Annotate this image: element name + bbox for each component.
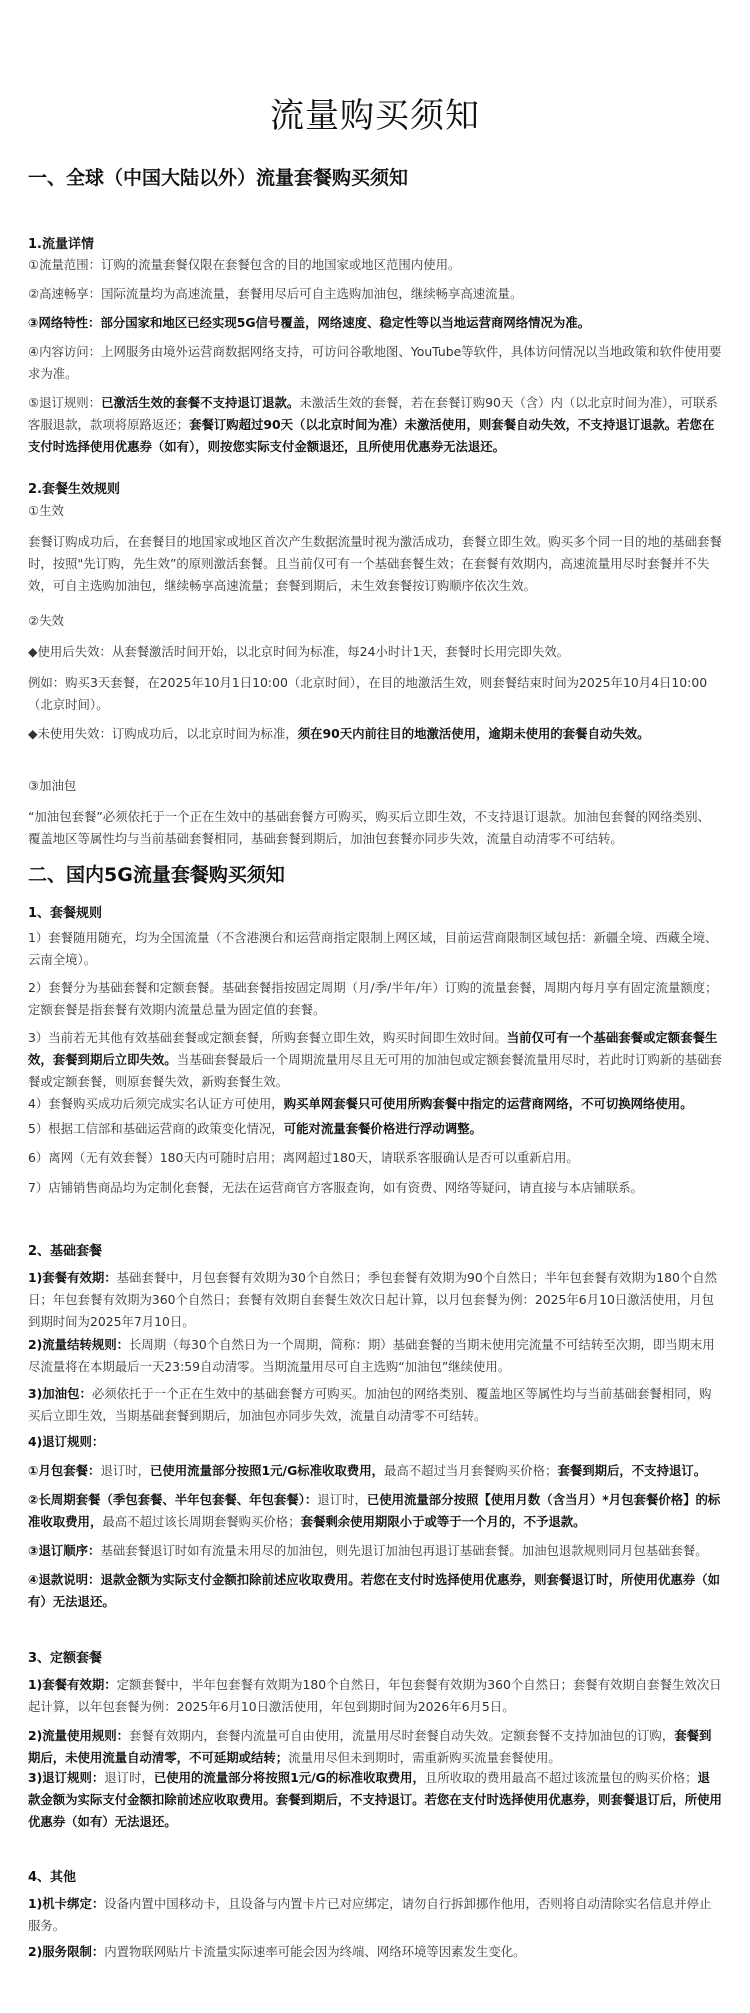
s1-item-refund: ⑤退订规则：已激活生效的套餐不支持退订退款。未激活生效的套餐，若在套餐订购90天… <box>28 392 722 458</box>
s2-rule-5: 5）根据工信部和基础运营商的政策变化情况，可能对流量套餐价格进行浮动调整。 <box>28 1118 722 1140</box>
s2-other-limit: 2)服务限制：内置物联网贴片卡流量实际速率可能会因为终端、网络环境等因素发生变化… <box>28 1941 722 1963</box>
s2-basic-refund-heading: 4)退订规则： <box>28 1431 722 1453</box>
s1-expire-used: ◆使用后失效：从套餐激活时间开始，以北京时间为标准，每24小时计1天，套餐时长用… <box>28 641 722 663</box>
section1-sub1-heading: 1.流量详情 <box>28 233 94 252</box>
s2-fixed-validity: 1)套餐有效期：定额套餐中，半年包套餐有效期为180个自然日，年包套餐有效期为3… <box>28 1674 722 1718</box>
s2-fixed-usage: 2)流量使用规则：套餐有效期内，套餐内流量可自由使用，流量用尽时套餐自动失效。定… <box>28 1725 722 1769</box>
s2-refund-explain: ④退款说明：退款金额为实际支付金额扣除前述应收取费用。若您在支付时选择使用优惠券… <box>28 1569 722 1613</box>
s1-addon-text: “加油包套餐”必须依托于一个正在生效中的基础套餐方可购买，购买后立即生效，不支持… <box>28 806 722 850</box>
s2-rule-4: 4）套餐购买成功后须完成实名认证方可使用，购买单网套餐只可使用所购套餐中指定的运… <box>28 1093 722 1115</box>
section1-sub2-heading: 2.套餐生效规则 <box>28 478 120 497</box>
s2-rule-3: 3）当前若无其他有效基础套餐或定额套餐，所购套餐立即生效，购买时间即生效时间。当… <box>28 1027 722 1093</box>
s1-addon-label: ③加油包 <box>28 775 722 797</box>
section2-heading: 二、国内5G流量套餐购买须知 <box>28 860 285 887</box>
s1-effective-text: 套餐订购成功后，在套餐目的地国家或地区首次产生数据流量时视为激活成功，套餐立即生… <box>28 531 722 597</box>
s2-refund-long: ②长周期套餐（季包套餐、半年包套餐、年包套餐）：退订时，已使用流量部分按照【使用… <box>28 1489 722 1533</box>
page-title: 流量购买须知 <box>0 88 750 137</box>
s2-fixed-refund: 3)退订规则：退订时，已使用的流量部分将按照1元/G的标准收取费用，且所收取的费… <box>28 1767 722 1833</box>
section1-heading: 一、全球（中国大陆以外）流量套餐购买须知 <box>28 163 408 190</box>
s1-expire-label: ②失效 <box>28 610 722 632</box>
s2-basic-carry: 2)流量结转规则：长周期（每30个自然日为一个周期，简称：期）基础套餐的当期未使… <box>28 1334 722 1378</box>
section2-sub3-heading: 3、定额套餐 <box>28 1647 102 1666</box>
s2-rule-7: 7）店铺销售商品均为定制化套餐，无法在运营商官方客服查询，如有资费、网络等疑问，… <box>28 1177 722 1199</box>
s2-other-bind: 1)机卡绑定：设备内置中国移动卡，且设备与内置卡片已对应绑定，请勿自行拆卸挪作他… <box>28 1893 722 1937</box>
s2-rule-2: 2）套餐分为基础套餐和定额套餐。基础套餐指按固定周期（月/季/半年/年）订购的流… <box>28 977 722 1021</box>
section2-sub1-heading: 1、套餐规则 <box>28 902 102 921</box>
s1-expire-example: 例如：购买3天套餐，在2025年10月1日10:00（北京时间），在目的地激活生… <box>28 672 722 716</box>
section2-sub4-heading: 4、其他 <box>28 1866 76 1885</box>
s1-item-range: ①流量范围：订购的流量套餐仅限在套餐包含的目的地国家或地区范围内使用。 <box>28 254 722 276</box>
purchase-notice-page: 流量购买须知 一、全球（中国大陆以外）流量套餐购买须知 1.流量详情 ①流量范围… <box>0 0 750 2013</box>
s1-item-access: ④内容访问：上网服务由境外运营商数据网络支持，可访问谷歌地图、YouTube等软… <box>28 341 722 385</box>
s2-rule-6: 6）离网（无有效套餐）180天内可随时启用；离网超过180天，请联系客服确认是否… <box>28 1147 722 1169</box>
s2-basic-validity: 1)套餐有效期：基础套餐中，月包套餐有效期为30个自然日；季包套餐有效期为90个… <box>28 1267 722 1333</box>
s1-effective-label: ①生效 <box>28 500 722 522</box>
s1-expire-unused: ◆未使用失效：订购成功后，以北京时间为标准，须在90天内前往目的地激活使用，逾期… <box>28 723 722 745</box>
s2-rule-1: 1）套餐随用随充，均为全国流量（不含港澳台和运营商指定限制上网区域，目前运营商限… <box>28 927 722 971</box>
s1-item-speed: ②高速畅享：国际流量均为高速流量，套餐用尽后可自主选购加油包，继续畅享高速流量。 <box>28 283 722 305</box>
section2-sub2-heading: 2、基础套餐 <box>28 1240 102 1259</box>
s2-refund-order: ③退订顺序：基础套餐退订时如有流量未用尽的加油包，则先退订加油包再退订基础套餐。… <box>28 1540 722 1562</box>
s1-item-network: ③网络特性：部分国家和地区已经实现5G信号覆盖，网络速度、稳定性等以当地运营商网… <box>28 312 722 334</box>
s2-basic-addon: 3)加油包：必须依托于一个正在生效中的基础套餐方可购买。加油包的网络类别、覆盖地… <box>28 1383 722 1427</box>
s2-refund-monthly: ①月包套餐：退订时，已使用流量部分按照1元/G标准收取费用，最高不超过当月套餐购… <box>28 1460 722 1482</box>
